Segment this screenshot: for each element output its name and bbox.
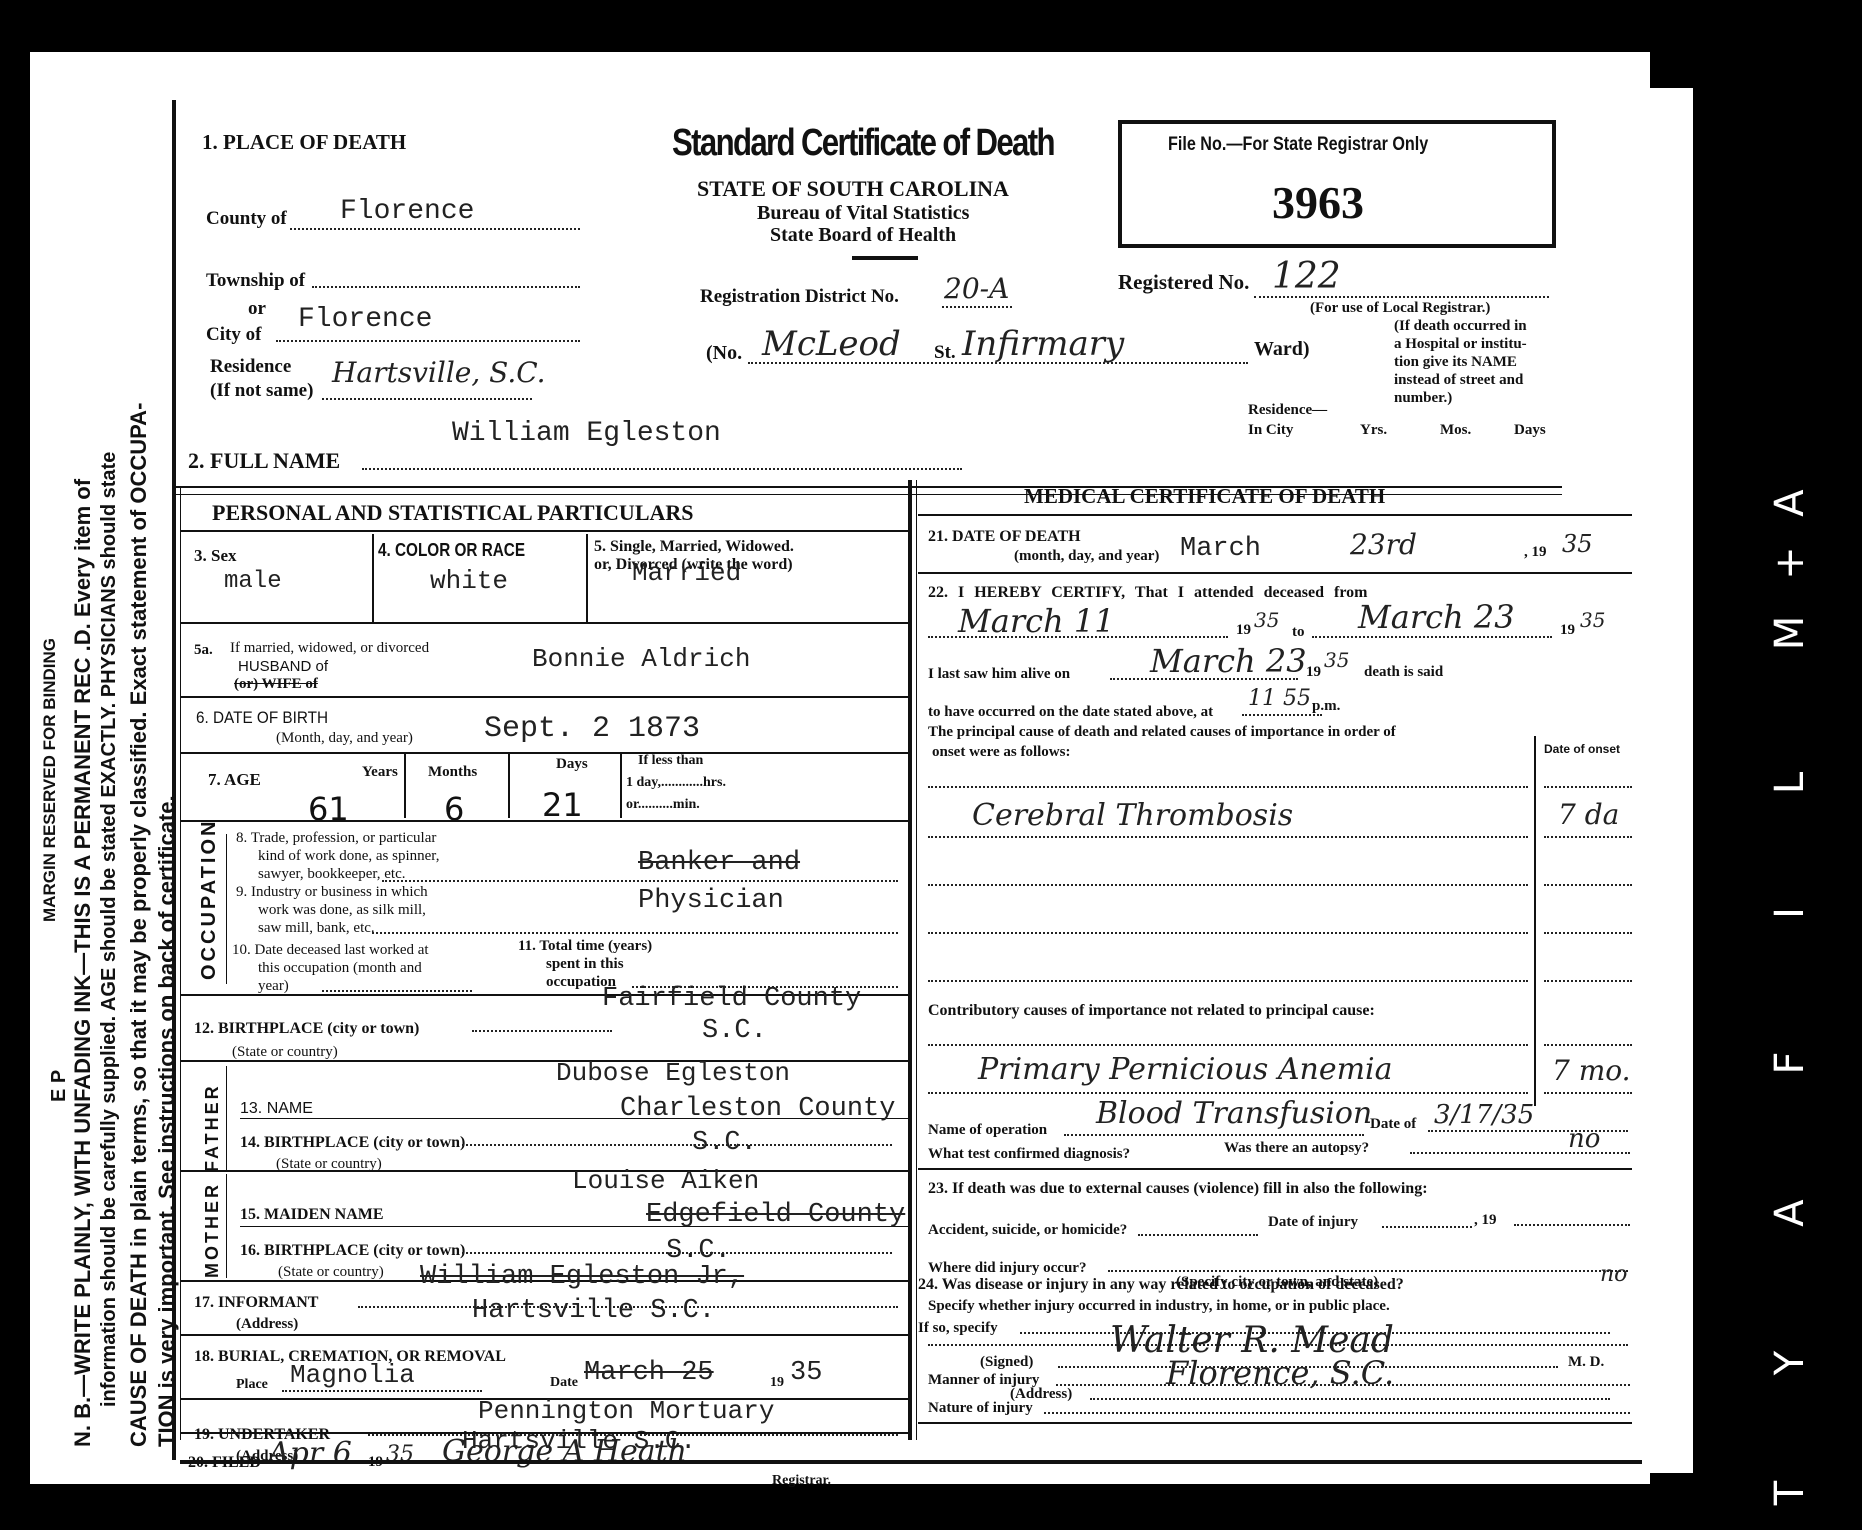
- burial-date-value: March 25: [584, 1358, 714, 1388]
- film-mark-3: L: [1767, 753, 1813, 813]
- months-label: Months: [428, 764, 477, 781]
- divider-days-less: [620, 754, 622, 818]
- birthplace-state: S.C.: [702, 1016, 767, 1046]
- trade-label-2: kind of work done, as spinner,: [258, 848, 439, 865]
- mother-name-value: Louise Aiken: [572, 1166, 759, 1196]
- spouse-num: 5a.: [194, 642, 213, 659]
- mother-bp-city: Edgefield County: [646, 1200, 905, 1230]
- occupation-divider: [226, 834, 227, 984]
- less-day-3: or..........min.: [626, 796, 700, 813]
- full-name-label: 2. FULL NAME: [188, 448, 340, 474]
- file-label: File No.—For State Registrar Only: [1168, 134, 1428, 156]
- trade-line: [382, 880, 898, 882]
- board-name: State Board of Health: [770, 224, 956, 247]
- age-days: 21: [542, 786, 583, 824]
- time-value: 11 55: [1248, 686, 1311, 711]
- occupation-related-value: no: [1600, 1262, 1627, 1287]
- lastwork-line: [322, 990, 472, 992]
- informant-sub: (Address): [236, 1316, 298, 1333]
- film-mark-1: +: [1767, 533, 1813, 593]
- operation-label: Name of operation: [928, 1122, 1047, 1139]
- city-line: [276, 340, 580, 342]
- margin-reserved: MARGIN RESERVED FOR BINDING: [40, 638, 60, 922]
- informant-value: William Egleston Jr,: [420, 1262, 744, 1292]
- if-so-label: If so, specify: [918, 1320, 998, 1337]
- no-value: McLeod: [762, 324, 901, 364]
- cause-line-0: [928, 786, 1528, 788]
- left-inner-border: [180, 486, 181, 1440]
- local-registrar-note: (For use of Local Registrar.): [1310, 300, 1490, 317]
- onset-line-4: [1544, 980, 1632, 982]
- industry-label-1: 9. Industry or business in which: [236, 884, 428, 901]
- injury-year-label: , 19: [1474, 1212, 1497, 1229]
- accident-label: Accident, suicide, or homicide?: [928, 1222, 1127, 1239]
- form-bottom-border: [180, 1460, 1642, 1464]
- residence-line: [322, 398, 532, 400]
- registrar-label: Registrar.: [772, 1472, 831, 1489]
- county-label: County of: [206, 208, 287, 230]
- test-label: What test confirmed diagnosis?: [928, 1146, 1130, 1163]
- injury-date-label: Date of injury: [1268, 1214, 1358, 1231]
- age-months: 6: [444, 790, 464, 828]
- divider-race-marital: [586, 534, 588, 622]
- left-margin-instructions: MARGIN RESERVED FOR BINDING N. B.—WRITE …: [30, 52, 190, 1484]
- dod-label: 21. DATE OF DEATH: [928, 528, 1081, 545]
- rule-after-sex: [180, 622, 908, 624]
- father-name-value: Dubose Egleston: [556, 1058, 790, 1088]
- hospital-note-5: number.): [1394, 390, 1452, 407]
- operation-value: Blood Transfusion: [1096, 1096, 1372, 1131]
- film-mark-5: F: [1767, 1033, 1813, 1093]
- totaltime-label-2: spent in this: [546, 956, 624, 973]
- signature-section: [918, 1422, 1642, 1530]
- rule-after-age: [180, 820, 908, 822]
- operation-line: [1064, 1134, 1364, 1136]
- film-mark-4: I: [1767, 883, 1813, 943]
- county-line: [290, 228, 580, 230]
- hospital-note-4: instead of street and: [1394, 372, 1523, 389]
- cause-line-1: [928, 836, 1528, 838]
- marital-value: Married: [632, 558, 741, 588]
- occurred-line: to have occurred on the date stated abov…: [928, 704, 1213, 721]
- industry-line: [372, 932, 898, 934]
- days-label: Days: [1514, 422, 1546, 439]
- specify-label: Specify whether injury occurred in indus…: [928, 1298, 1390, 1315]
- ep-stamp: E P: [48, 1070, 71, 1102]
- attended-to-line: [1312, 636, 1552, 638]
- microfilm-edge-marks: A + M L I F A Y T: [1760, 470, 1820, 1530]
- cause-1-onset: 7 da: [1558, 798, 1619, 831]
- hospital-note-3: tion give its NAME: [1394, 354, 1517, 371]
- trade-value: Banker and: [638, 848, 800, 878]
- mos-label: Mos.: [1440, 422, 1471, 439]
- principal-line-1: The principal cause of death and related…: [928, 724, 1396, 741]
- death-said: death is said: [1364, 664, 1443, 681]
- file-number-box: File No.—For State Registrar Only 3963: [1118, 120, 1556, 248]
- occupation-related-label: 24. Was disease or injury in any way rel…: [918, 1276, 1404, 1293]
- or-label: or: [248, 298, 266, 320]
- mother-bp-label: 16. BIRTHPLACE (city or town): [240, 1242, 465, 1259]
- spouse-label-1: If married, widowed, or divorced: [230, 640, 429, 657]
- onset-line-3: [1544, 932, 1632, 934]
- dod-year-prefix: , 19: [1524, 544, 1547, 561]
- to-label: to: [1292, 624, 1305, 641]
- film-mark-2: M: [1767, 603, 1813, 663]
- reg-district-line: [942, 306, 1012, 308]
- where-line: [1108, 1270, 1628, 1272]
- sex-label: 3. Sex: [194, 546, 237, 566]
- reg-district-label: Registration District No.: [700, 286, 899, 308]
- full-name-value: William Egleston: [452, 418, 721, 449]
- no-label: (No.: [706, 342, 742, 365]
- dod-day: 23rd: [1350, 528, 1417, 561]
- father-bp-label: 14. BIRTHPLACE (city or town): [240, 1134, 465, 1151]
- reg-district-value: 20-A: [944, 272, 1009, 305]
- column-divider: [908, 480, 912, 1440]
- film-mark-7: Y: [1767, 1333, 1813, 1393]
- dod-sub: (month, day, and year): [1014, 548, 1159, 565]
- county-value: Florence: [340, 196, 474, 227]
- divider-years-months: [404, 754, 406, 818]
- days-label-age: Days: [556, 756, 588, 773]
- trade-label-1: 8. Trade, profession, or particular: [236, 830, 436, 847]
- external-label: 23. If death was due to external causes …: [928, 1180, 1428, 1197]
- residence-value: Hartsville, S.C.: [332, 356, 546, 389]
- personal-section-title: PERSONAL AND STATISTICAL PARTICULARS: [212, 500, 694, 526]
- divider-months-days: [508, 754, 510, 818]
- township-line: [312, 286, 580, 288]
- registered-label: Registered No.: [1118, 270, 1249, 295]
- sex-value: male: [224, 568, 282, 595]
- contributory-onset-line-1: [1544, 1092, 1632, 1094]
- father-bp-city: Charleston County: [620, 1094, 895, 1124]
- onset-line-1: [1544, 836, 1632, 838]
- attended-from-line: [928, 636, 1228, 638]
- spouse-value: Bonnie Aldrich: [532, 644, 750, 674]
- where-label: Where did injury occur?: [928, 1260, 1086, 1277]
- accident-line: [1138, 1234, 1258, 1236]
- spouse-label-3: (or) WIFE of: [234, 676, 318, 693]
- signed-label: (Signed): [980, 1354, 1033, 1371]
- nature-line: [1044, 1412, 1630, 1414]
- township-label: Township of: [206, 270, 305, 292]
- age-years: 61: [308, 790, 349, 828]
- burial-year-value: 35: [790, 1358, 822, 1388]
- film-mark-6: A: [1767, 1183, 1813, 1243]
- in-city-label: In City: [1248, 422, 1293, 439]
- dob-sub: (Month, day, and year): [276, 730, 413, 747]
- principal-line-2: onset were as follows:: [932, 744, 1070, 761]
- father-divider: [226, 1066, 227, 1170]
- certify-line: 22. I HEREBY CERTIFY, That I attended de…: [928, 584, 1367, 601]
- dob-label: 6. DATE OF BIRTH: [196, 708, 328, 728]
- form-left-border: [172, 100, 176, 1460]
- film-mark-0: A: [1767, 473, 1813, 533]
- burial-place-line: [282, 1390, 482, 1392]
- rule-after-spouse: [180, 696, 908, 698]
- death-certificate: MARGIN RESERVED FOR BINDING N. B.—WRITE …: [30, 52, 1650, 1484]
- divider-sex-race: [372, 534, 374, 622]
- informant-address: Hartsville S.C.: [472, 1296, 715, 1326]
- full-name-line: [362, 468, 962, 470]
- burial-date-label: Date: [550, 1374, 578, 1391]
- onset-line-2: [1544, 884, 1632, 886]
- burial-year-prefix: 19: [770, 1374, 784, 1391]
- margin-line-2: information should be carefully supplied…: [98, 452, 121, 1407]
- residence-in-city-label: Residence—: [1248, 402, 1327, 419]
- last-saw-year: 35: [1324, 648, 1349, 672]
- bureau-name: Bureau of Vital Statistics: [757, 202, 969, 225]
- dob-value: Sept. 2 1873: [484, 712, 700, 746]
- contributory-label: Contributory causes of importance not re…: [928, 1002, 1375, 1019]
- birthplace-sub: (State or country): [232, 1044, 338, 1061]
- undertaker-value: Pennington Mortuary: [478, 1396, 774, 1426]
- place-of-death-title: 1. PLACE OF DEATH: [202, 130, 406, 155]
- mother-bp-sub: (State or country): [278, 1264, 384, 1281]
- race-value: white: [430, 566, 508, 596]
- onset-header: Date of onset: [1544, 742, 1620, 756]
- hospital-note-1: (If death occurred in: [1394, 318, 1527, 335]
- operation-date-value: 3/17/35: [1434, 1100, 1534, 1130]
- age-label: 7. AGE: [208, 770, 261, 790]
- md-label: M. D.: [1568, 1354, 1604, 1371]
- informant-label: 17. INFORMANT: [194, 1294, 318, 1311]
- cause-line-4: [928, 980, 1528, 982]
- cause-1: Cerebral Thrombosis: [972, 798, 1293, 833]
- mother-vertical-label: MOTHER: [202, 1182, 223, 1278]
- rule-personal-header: [180, 530, 908, 532]
- medical-section-title: MEDICAL CERTIFICATE OF DEATH: [1024, 484, 1385, 509]
- less-day-1: If less than: [638, 752, 703, 769]
- title-rule: [852, 256, 918, 260]
- contributory-line-1: [928, 1092, 1528, 1094]
- father-bp-line: [462, 1144, 892, 1146]
- hospital-note-2: a Hospital or institu-: [1394, 336, 1527, 353]
- burial-place-value: Magnolia: [290, 1360, 415, 1390]
- birthplace-line: [472, 1030, 612, 1032]
- autopsy-label: Was there an autopsy?: [1224, 1140, 1369, 1157]
- burial-place-label: Place: [236, 1376, 268, 1393]
- contributory-onset: 7 mo.: [1552, 1054, 1631, 1087]
- column-divider-2: [916, 480, 917, 1440]
- birthplace-label: 12. BIRTHPLACE (city or town): [194, 1020, 419, 1037]
- yrs-label: Yrs.: [1360, 422, 1387, 439]
- father-vertical-label: FATHER: [202, 1083, 223, 1172]
- industry-value: Physician: [638, 886, 784, 916]
- onset-line-0: [1544, 786, 1632, 788]
- attended-to-prefix: 19: [1560, 622, 1575, 639]
- dod-month: March: [1180, 534, 1261, 564]
- city-label: City of: [206, 324, 261, 346]
- lastwork-label-2: this occupation (month and: [258, 960, 422, 977]
- last-saw-prefix: 19: [1306, 664, 1321, 681]
- last-saw-value: March 23: [1150, 642, 1307, 680]
- lastwork-label-3: year): [258, 978, 289, 995]
- ward-label: Ward): [1254, 338, 1310, 361]
- contributory-onset-line-0: [1544, 1044, 1632, 1046]
- birthplace-city: Fairfield County: [602, 984, 861, 1014]
- lastwork-label-1: 10. Date deceased last worked at: [232, 942, 429, 959]
- race-label: 4. COLOR OR RACE: [378, 540, 525, 561]
- attended-from-year: 35: [1254, 608, 1279, 632]
- attended-to: March 23: [1358, 598, 1515, 636]
- city-value: Florence: [298, 304, 432, 335]
- attended-to-year: 35: [1580, 608, 1605, 632]
- margin-line-1: N. B.—WRITE PLAINLY, WITH UNFADING INK—T…: [70, 479, 96, 1447]
- st-value: Infirmary: [962, 324, 1124, 364]
- margin-line-3: CAUSE OF DEATH in plain terms, so that i…: [126, 403, 152, 1447]
- marital-label-1: 5. Single, Married, Widowed.: [594, 538, 794, 555]
- industry-label-3: saw mill, bank, etc.: [258, 920, 375, 937]
- residence-note: (If not same): [210, 380, 313, 402]
- film-mark-8: T: [1767, 1463, 1813, 1523]
- industry-label-2: work was done, as silk mill,: [258, 902, 426, 919]
- rule-after-dob: [180, 752, 908, 754]
- state-name: STATE OF SOUTH CAROLINA: [697, 176, 1009, 202]
- contributory-value: Primary Pernicious Anemia: [978, 1052, 1393, 1087]
- attended-from: March 11: [958, 602, 1115, 640]
- operation-date-label: Date of: [1370, 1116, 1416, 1133]
- onset-column-divider: [1534, 736, 1536, 1106]
- contributory-line-0: [928, 1044, 1528, 1046]
- rule-after-father: [180, 1170, 908, 1172]
- file-number: 3963: [1272, 176, 1364, 229]
- cause-line-2: [928, 884, 1528, 886]
- less-day-2: 1 day,............hrs.: [626, 774, 726, 791]
- registered-value: 122: [1272, 256, 1341, 297]
- address-line: [1090, 1398, 1610, 1400]
- years-label: Years: [362, 764, 398, 781]
- time-suffix: p.m.: [1312, 698, 1340, 715]
- address-value: Florence, S.C.: [1166, 1354, 1394, 1392]
- residence-label: Residence: [210, 356, 291, 378]
- rule-after-autopsy: [918, 1168, 1632, 1170]
- certificate-title: Standard Certificate of Death: [672, 122, 1054, 165]
- rule-medical-header: [918, 514, 1632, 516]
- rule-after-informant: [180, 1334, 908, 1336]
- attended-from-prefix: 19: [1236, 622, 1251, 639]
- occupation-vertical-label: OCCUPATION: [198, 819, 221, 980]
- spouse-label-2: HUSBAND of: [238, 658, 328, 675]
- rule-before-24: [918, 1422, 1632, 1424]
- rule-after-birthplace: [180, 1060, 908, 1062]
- injury-year-line: [1514, 1224, 1630, 1226]
- father-bp-state: S.C.: [692, 1128, 757, 1158]
- rule-after-dod: [918, 572, 1632, 574]
- last-saw-label: I last saw him alive on: [928, 666, 1070, 683]
- mother-name-label: 15. MAIDEN NAME: [240, 1206, 384, 1223]
- totaltime-label-1: 11. Total time (years): [518, 938, 652, 955]
- mother-divider: [226, 1174, 227, 1278]
- address-label: (Address): [1010, 1386, 1072, 1403]
- st-label: St.: [934, 342, 956, 364]
- filed-value: Apr 6: [268, 1436, 352, 1471]
- autopsy-value: no: [1568, 1124, 1600, 1154]
- father-name-label: 13. NAME: [240, 1100, 313, 1117]
- cause-line-3: [928, 932, 1528, 934]
- injury-date-line: [1382, 1226, 1472, 1228]
- time-line: [1242, 714, 1322, 716]
- dod-year: 35: [1562, 530, 1593, 558]
